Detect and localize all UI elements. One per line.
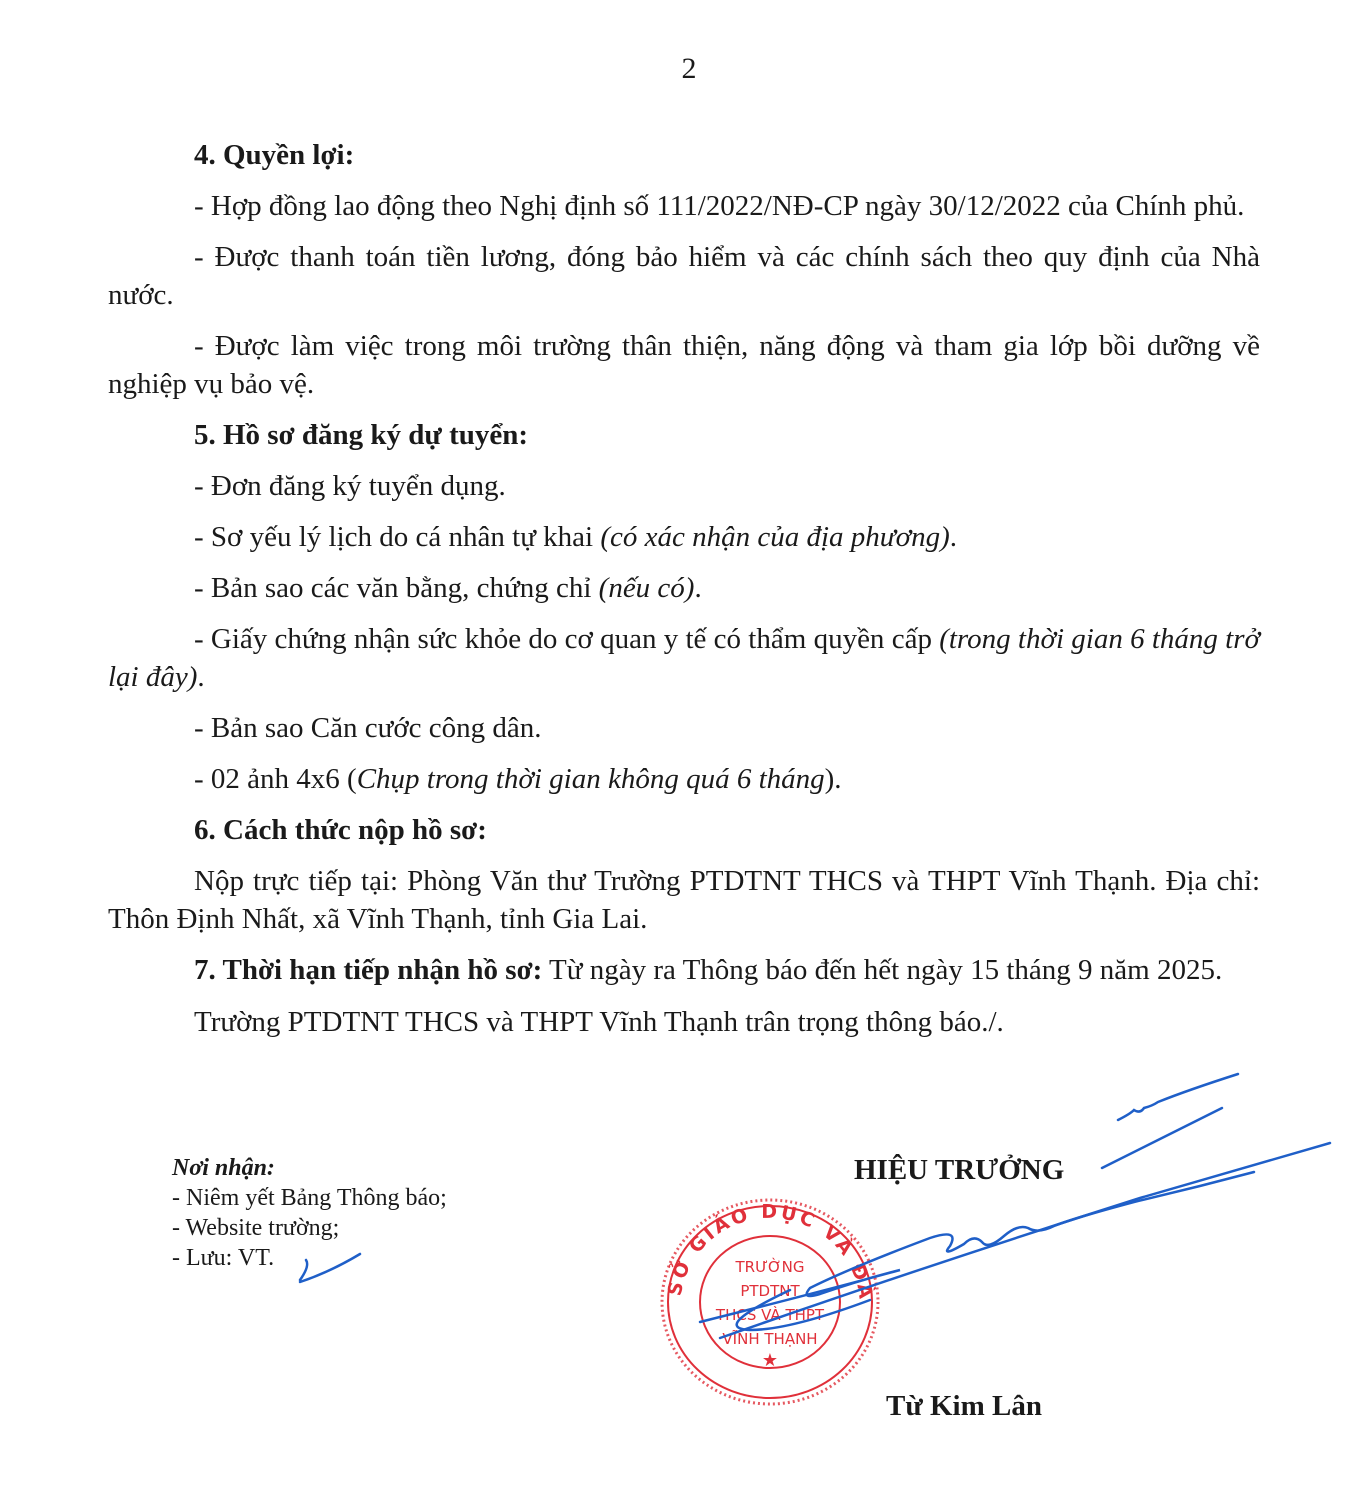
section-6-heading: 6. Cách thức nộp hồ sơ: (108, 811, 1260, 849)
svg-text:THCS VÀ THPT: THCS VÀ THPT (715, 1305, 825, 1324)
signer-name: Từ Kim Lân (886, 1390, 1042, 1423)
recipients-title: Nơi nhận: (172, 1153, 447, 1183)
benefit-item: - Hợp đồng lao động theo Nghị định số 11… (108, 187, 1260, 225)
official-seal-icon: SỞ GIÁO DỤC VÀ ĐÀO TẠO TỈNH GIA LAI ★ TR… (652, 1190, 888, 1410)
recipients-block: Nơi nhận: - Niêm yết Bảng Thông báo; - W… (172, 1153, 447, 1273)
benefit-item: - Được thanh toán tiền lương, đóng bảo h… (108, 238, 1260, 314)
signer-title: HIỆU TRƯỞNG (854, 1154, 1064, 1187)
svg-text:★: ★ (762, 1350, 778, 1371)
section-5-heading: 5. Hồ sơ đăng ký dự tuyển: (108, 416, 1260, 454)
svg-text:VĨNH THẠNH: VĨNH THẠNH (722, 1329, 817, 1348)
page-number: 2 (0, 52, 1346, 86)
recipient-item: - Website trường; (172, 1213, 447, 1243)
document-item: - Sơ yếu lý lịch do cá nhân tự khai (có … (108, 518, 1260, 556)
svg-text:PTDTNT: PTDTNT (740, 1282, 800, 1300)
document-item: - 02 ảnh 4x6 (Chụp trong thời gian không… (108, 760, 1260, 798)
document-body: 4. Quyền lợi: - Hợp đồng lao động theo N… (108, 136, 1260, 1041)
recipient-item: - Lưu: VT. (172, 1243, 447, 1273)
section-4-heading: 4. Quyền lợi: (108, 136, 1260, 174)
benefit-item: - Được làm việc trong môi trường thân th… (108, 327, 1260, 403)
recipient-item: - Niêm yết Bảng Thông báo; (172, 1183, 447, 1213)
closing-text: Trường PTDTNT THCS và THPT Vĩnh Thạnh tr… (108, 1003, 1260, 1041)
deadline-paragraph: 7. Thời hạn tiếp nhận hồ sơ: Từ ngày ra … (108, 951, 1260, 989)
svg-text:TRƯỜNG: TRƯỜNG (735, 1257, 805, 1276)
document-item: - Giấy chứng nhận sức khỏe do cơ quan y … (108, 620, 1260, 696)
submission-text: Nộp trực tiếp tại: Phòng Văn thư Trường … (108, 862, 1260, 938)
section-7-heading: 7. Thời hạn tiếp nhận hồ sơ: (194, 954, 542, 986)
document-item: - Bản sao các văn bằng, chứng chỉ (nếu c… (108, 569, 1260, 607)
document-item: - Đơn đăng ký tuyển dụng. (108, 467, 1260, 505)
document-item: - Bản sao Căn cước công dân. (108, 709, 1260, 747)
